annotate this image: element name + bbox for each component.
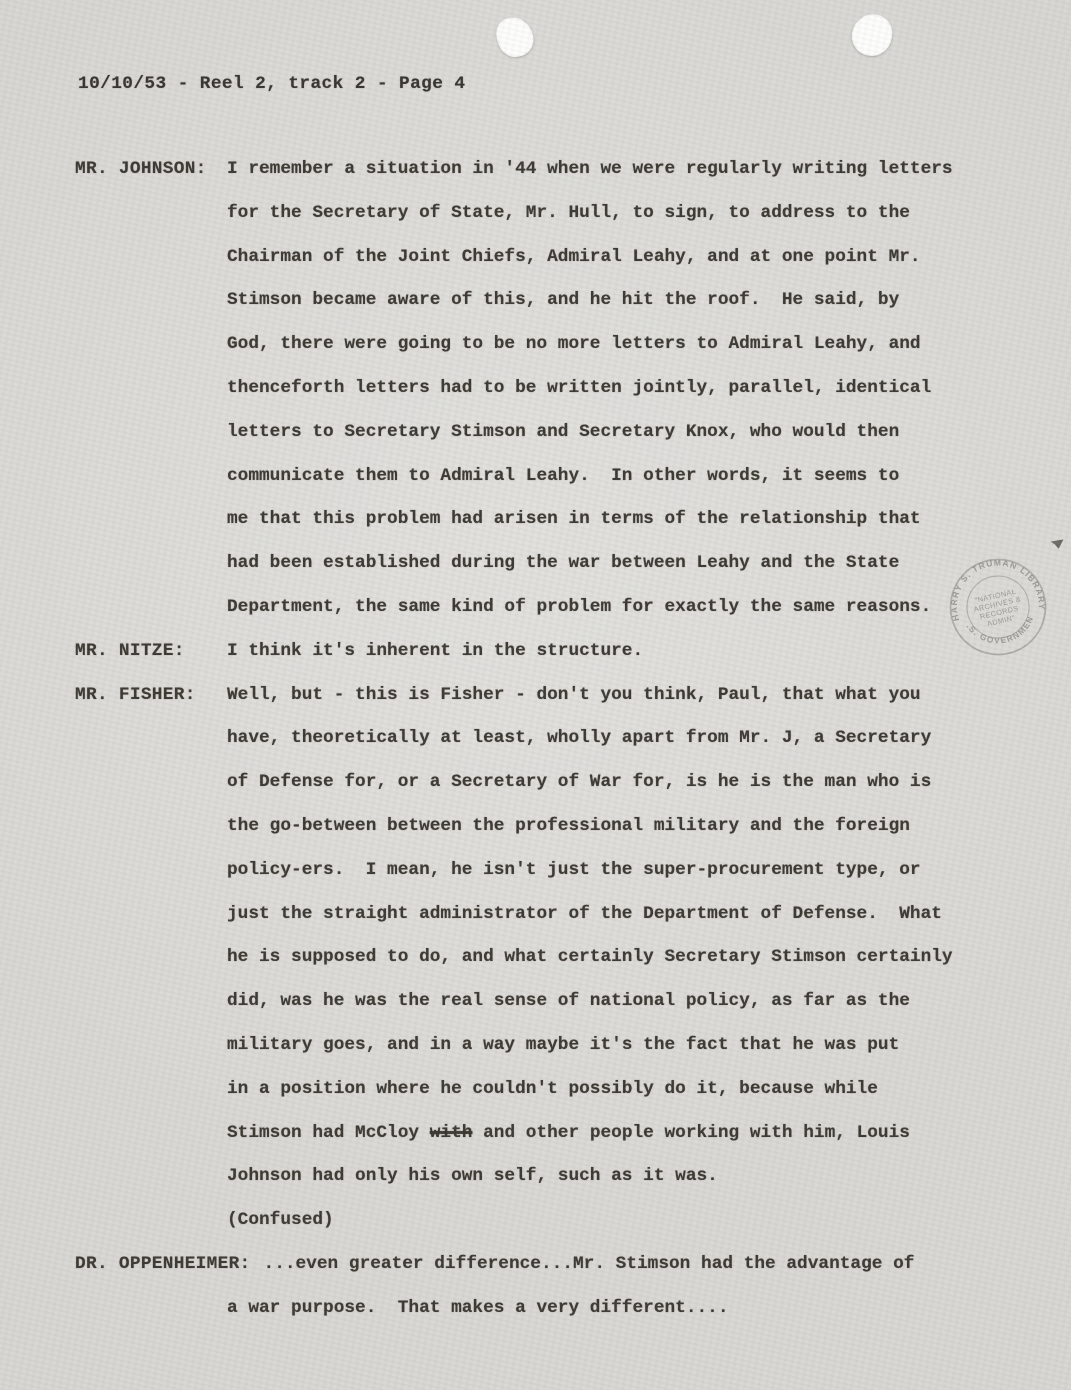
transcript-line: Department, the same kind of problem for… — [75, 586, 995, 630]
line-text: Stimson had McCloy — [227, 1123, 430, 1143]
transcript-line: me that this problem had arisen in terms… — [75, 498, 995, 542]
transcript-line: policy-ers. I mean, he isn't just the su… — [75, 849, 995, 893]
line-text: I remember a situation in '44 when we we… — [227, 159, 953, 179]
transcript-line: of Defense for, or a Secretary of War fo… — [75, 761, 995, 805]
transcript-line: MR. FISHER:Well, but - this is Fisher - … — [75, 674, 995, 718]
transcript-line-with-strikeout: Stimson had McCloy with and other people… — [75, 1112, 995, 1156]
transcript-line: Chairman of the Joint Chiefs, Admiral Le… — [75, 236, 995, 280]
transcript-line: a war purpose. That makes a very differe… — [75, 1287, 995, 1331]
ink-smudge-mark — [1051, 539, 1065, 549]
transcript-line: God, there were going to be no more lett… — [75, 323, 995, 367]
punch-hole-left — [493, 13, 538, 61]
transcript-line: military goes, and in a way maybe it's t… — [75, 1024, 995, 1068]
transcript-body: MR. JOHNSON:I remember a situation in '4… — [75, 148, 995, 1331]
transcript-line: Stimson became aware of this, and he hit… — [75, 279, 995, 323]
archives-stamp: HARRY S. TRUMAN LIBRARY U.S. GOVERNMENT … — [946, 555, 1050, 659]
transcript-line: letters to Secretary Stimson and Secreta… — [75, 411, 995, 455]
transcript-line: have, theoretically at least, wholly apa… — [75, 717, 995, 761]
transcript-line: just the straight administrator of the D… — [75, 893, 995, 937]
transcript-line: for the Secretary of State, Mr. Hull, to… — [75, 192, 995, 236]
transcript-line: DR. OPPENHEIMER:...even greater differen… — [75, 1243, 995, 1287]
transcript-line: he is supposed to do, and what certainly… — [75, 936, 995, 980]
page-header: 10/10/53 - Reel 2, track 2 - Page 4 — [78, 74, 465, 94]
transcript-line: in a position where he couldn't possibly… — [75, 1068, 995, 1112]
scanned-transcript-page: 10/10/53 - Reel 2, track 2 - Page 4 MR. … — [0, 0, 1071, 1390]
transcript-line: the go-between between the professional … — [75, 805, 995, 849]
transcript-line: MR. NITZE:I think it's inherent in the s… — [75, 630, 995, 674]
line-text: I think it's inherent in the structure. — [227, 641, 643, 661]
transcript-line: did, was he was the real sense of nation… — [75, 980, 995, 1024]
speaker-label: MR. JOHNSON: — [75, 148, 214, 192]
speaker-label: DR. OPPENHEIMER: — [75, 1243, 251, 1287]
line-text: Well, but - this is Fisher - don't you t… — [227, 685, 921, 705]
transcript-line: Johnson had only his own self, such as i… — [75, 1155, 995, 1199]
line-text: ...even greater difference...Mr. Stimson… — [264, 1254, 915, 1274]
transcript-line: thenceforth letters had to be written jo… — [75, 367, 995, 411]
transcript-line: MR. JOHNSON:I remember a situation in '4… — [75, 148, 995, 192]
transcript-line: (Confused) — [75, 1199, 995, 1243]
speaker-label: MR. NITZE: — [75, 630, 214, 674]
line-text: and other people working with him, Louis — [472, 1123, 910, 1143]
punch-hole-right — [849, 11, 895, 59]
archives-stamp-graphic: HARRY S. TRUMAN LIBRARY U.S. GOVERNMENT … — [946, 555, 1050, 659]
transcript-line: communicate them to Admiral Leahy. In ot… — [75, 455, 995, 499]
speaker-label: MR. FISHER: — [75, 674, 214, 718]
struck-out-word: with — [430, 1123, 473, 1143]
transcript-line: had been established during the war betw… — [75, 542, 995, 586]
